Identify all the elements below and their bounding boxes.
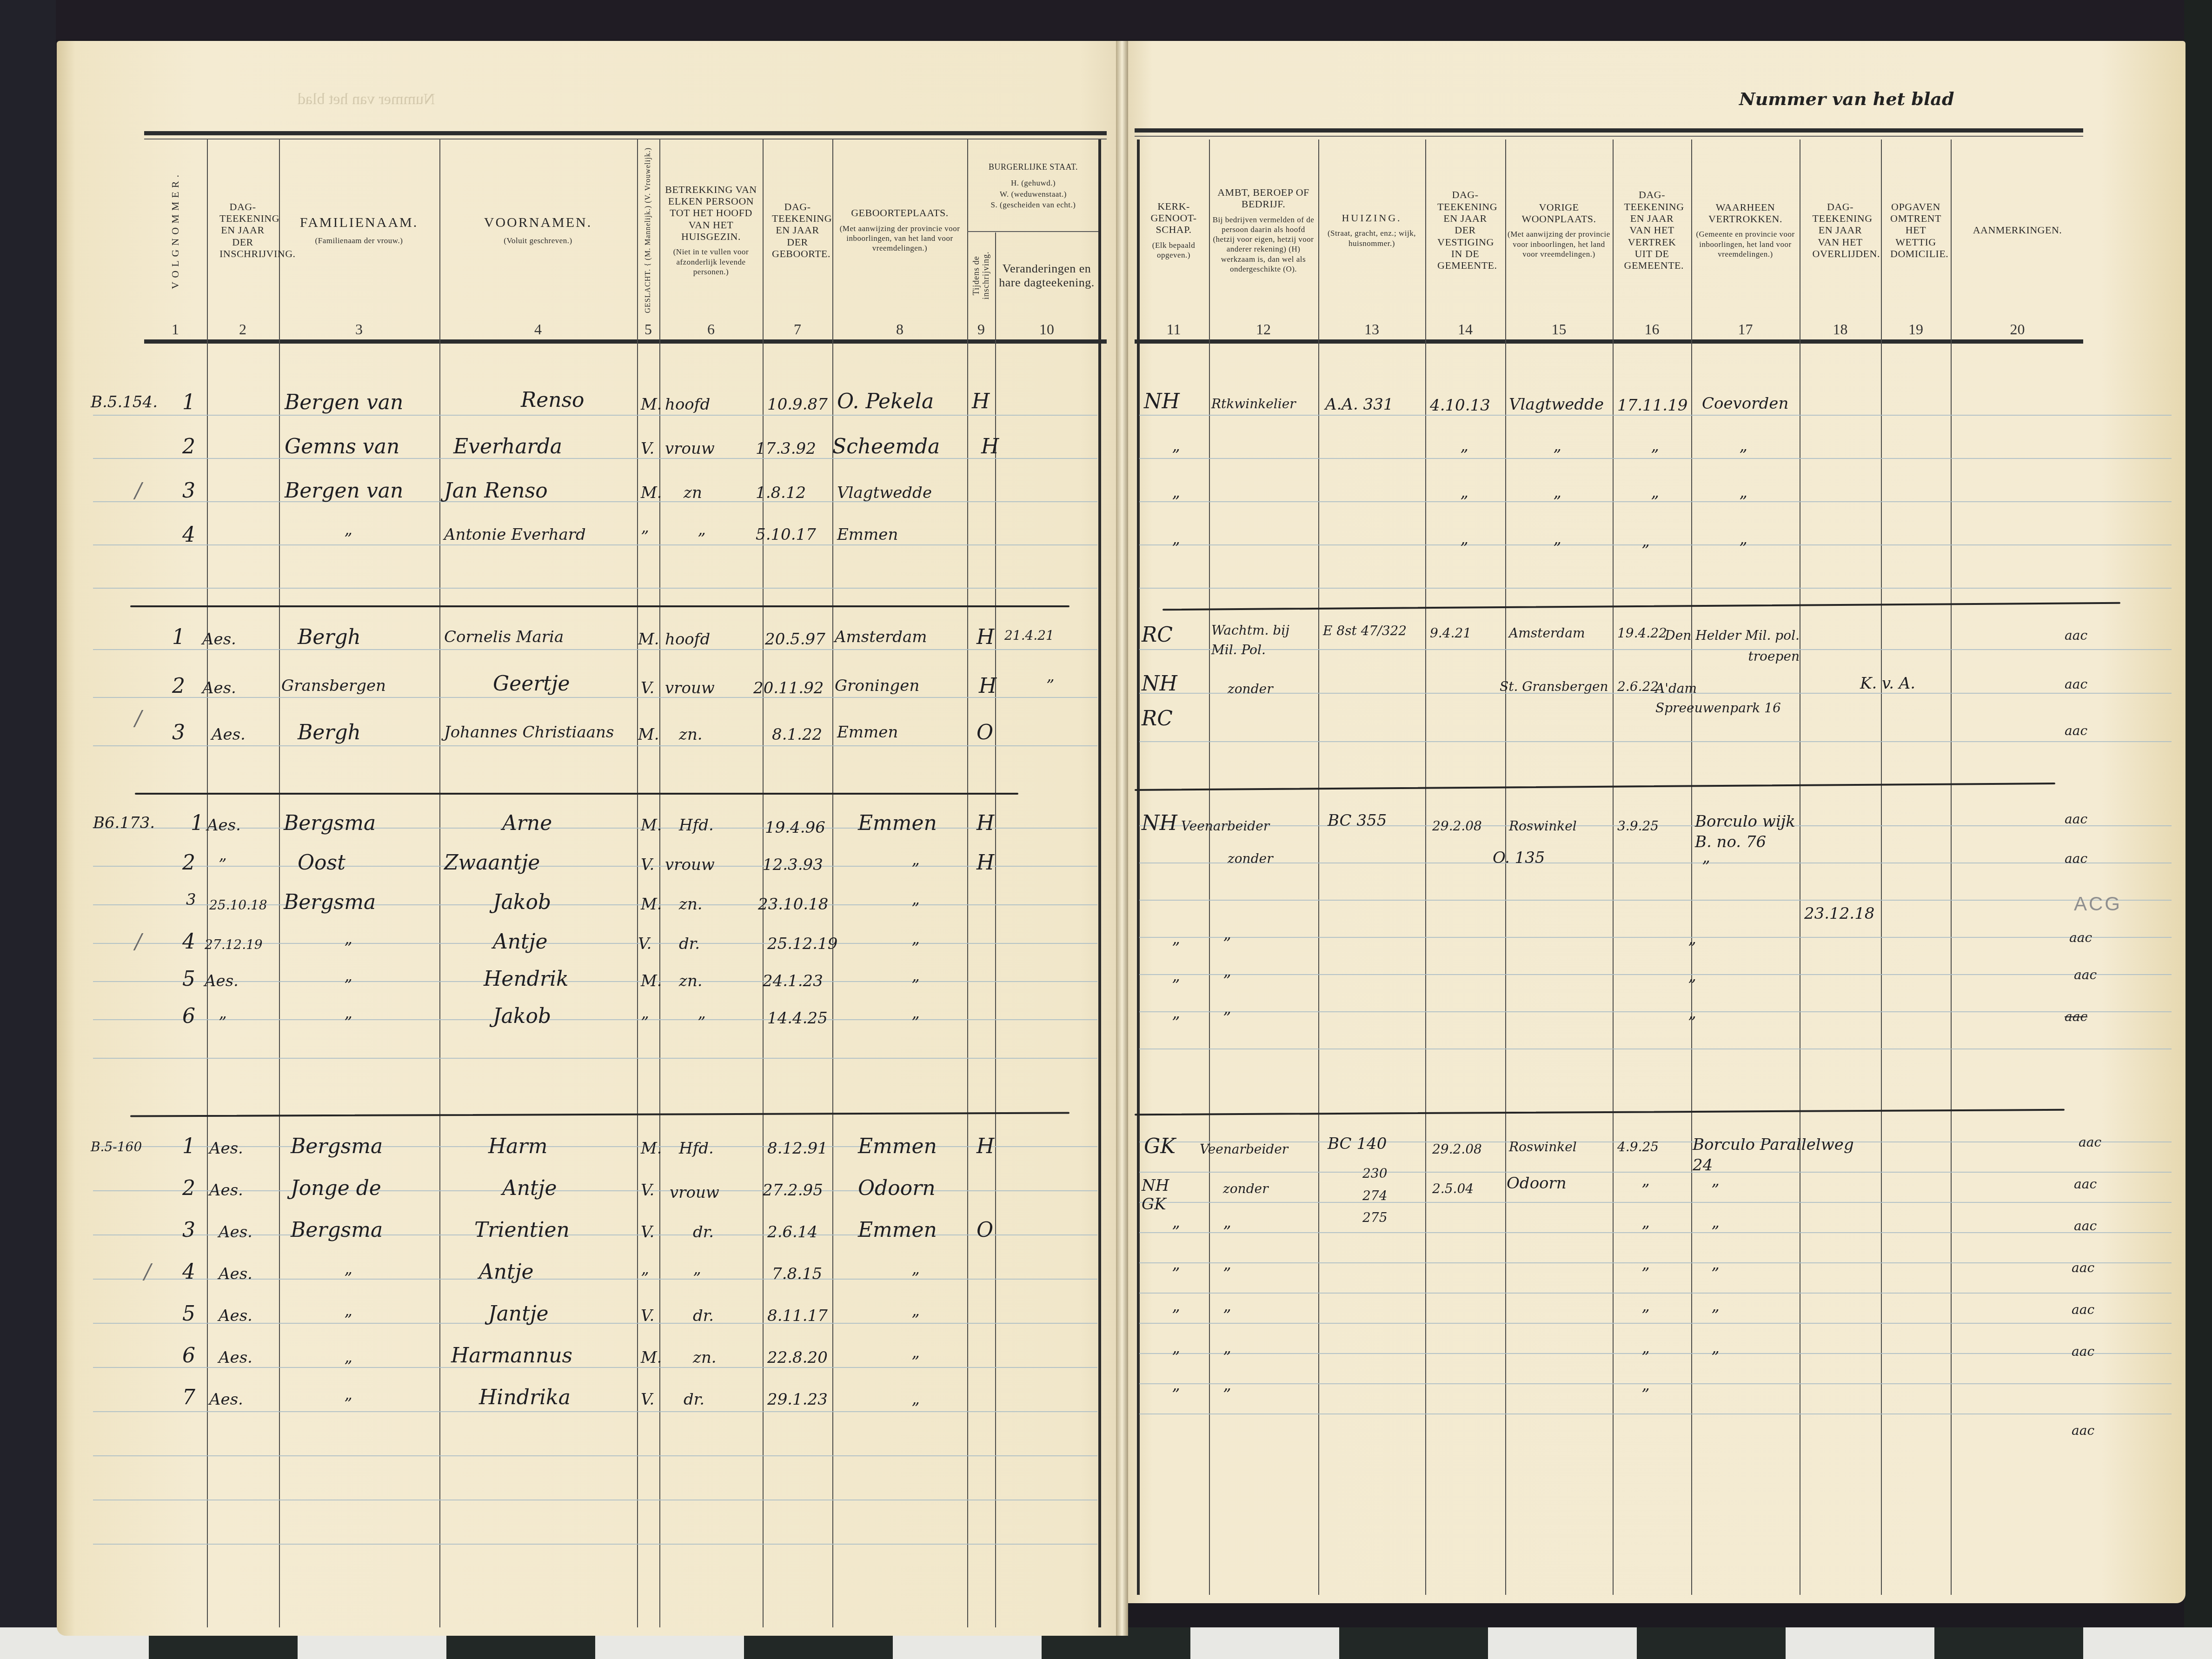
header-label: DAG- TEEKENING EN JAAR DER INSCHRIJVING. <box>219 201 266 259</box>
column-number: 3 <box>280 321 438 338</box>
header-note: (Niet in te vullen voor afzonderlijk lev… <box>660 247 762 277</box>
destination: ” <box>1711 1307 1719 1325</box>
occupation: Wachtm. bij Mil. Pol. <box>1211 621 1316 660</box>
row-number: 7 <box>182 1386 195 1409</box>
check-mark: / <box>144 1260 151 1284</box>
given-names: Harm <box>488 1135 547 1158</box>
sex: V. <box>641 1223 654 1241</box>
departure-date: ” <box>1641 1307 1649 1325</box>
given-names: Renso <box>521 388 585 412</box>
header-label: DAG- TEEKENING EN JAAR VAN HET VERTREK U… <box>1624 189 1680 271</box>
birth-place: Odoorn <box>858 1176 936 1200</box>
previous-residence: ” <box>1553 493 1561 511</box>
given-names: Zwaantje <box>444 851 540 875</box>
church: GK <box>1144 1135 1176 1158</box>
civil-status-divider <box>967 231 1098 232</box>
header-note: (Familienaam der vrouw.) <box>315 236 403 246</box>
birth-place: ” <box>911 860 919 879</box>
surname: Bergsma <box>284 811 376 835</box>
house: E 8st 47/322 <box>1323 623 1423 638</box>
settled-date: ” <box>1460 446 1468 465</box>
birth-place: Scheemda <box>832 435 940 458</box>
relation: vrouw <box>665 439 715 458</box>
header-col-18: DAG- TEEKENING EN JAAR VAN HET OVERLIJDE… <box>1800 142 1880 319</box>
birth-date: 10.9.87 <box>767 395 828 414</box>
column-divider <box>763 139 764 1627</box>
row-number: 3 <box>182 1218 195 1242</box>
book-cover-top <box>0 0 2212 40</box>
birth-date: 5.10.17 <box>756 525 816 544</box>
sex: ” <box>641 528 649 546</box>
sex: M. <box>641 972 662 990</box>
previous-residence: ” <box>1553 539 1561 558</box>
registration-date: Aes. <box>219 1307 252 1325</box>
domicile-note: K. v. A. <box>1860 674 1915 693</box>
surname: Bergh <box>298 625 361 649</box>
surname: Bergen van <box>285 391 403 414</box>
header-col-20: AANMERKINGEN. <box>1952 142 2083 319</box>
surname: Bergh <box>298 721 361 744</box>
column-number: 10 <box>996 321 1097 338</box>
church: ” <box>1172 976 1180 995</box>
header-label: VOORNAMEN. <box>484 215 592 231</box>
sex: V. <box>638 935 651 953</box>
house: A.A. 331 <box>1325 395 1393 414</box>
sex: M. <box>641 895 662 914</box>
remark: aac <box>2065 851 2087 866</box>
birth-place: Emmen <box>837 525 898 544</box>
header-col-15: VORIGE WOONPLAATS. (Met aanwijzing der p… <box>1506 142 1612 319</box>
surname: ” <box>344 939 352 958</box>
church: ” <box>1172 1265 1180 1283</box>
settled-date: ” <box>1460 539 1468 558</box>
birth-place: ” <box>911 1014 919 1032</box>
destination: ” <box>1688 939 1696 958</box>
destination: Coevorden <box>1702 394 1788 413</box>
church: NH <box>1142 672 1177 696</box>
surname: ” <box>344 976 352 995</box>
column-number: 13 <box>1319 321 1424 338</box>
departure-date: ” <box>1641 1223 1649 1241</box>
house: BC 355 <box>1328 811 1425 830</box>
birth-date: 29.1.23 <box>767 1390 828 1409</box>
occupation: ” <box>1223 1223 1231 1241</box>
legend-h: H. (gehuwd.) <box>1011 178 1056 188</box>
given-names: Antonie Everhard <box>444 525 586 544</box>
header-col-6: BETREKKING VAN ELKEN PERSOON TOT HET HOO… <box>660 142 762 319</box>
registration-date: Aes. <box>212 725 246 744</box>
header-col-13: HUIZING. (Straat, gracht, enz.; wijk, hu… <box>1319 142 1424 319</box>
settled-date: 4.10.13 <box>1430 396 1490 415</box>
column-divider <box>832 139 833 1627</box>
registration-date: Aes. <box>205 972 239 990</box>
row-number: 3 <box>172 721 185 744</box>
birth-place: Vlagtwedde <box>837 484 932 502</box>
sex: M. <box>641 395 662 414</box>
relation: dr. <box>693 1223 714 1241</box>
header-label: VOLGNOMMER. <box>169 171 181 289</box>
previous-residence: Amsterdam <box>1509 625 1585 641</box>
relation: dr. <box>679 935 700 953</box>
registration-date: Aes. <box>207 816 241 835</box>
birth-place: ” <box>911 976 919 995</box>
birth-place: ” <box>911 1269 919 1288</box>
header-bottom-rule-right <box>1135 339 2083 344</box>
church: ” <box>1172 1386 1180 1404</box>
pencil-stamp: ACG <box>2074 893 2122 915</box>
departure-date: 3.9.25 <box>1617 818 1659 834</box>
given-names: Antje <box>493 930 547 954</box>
relation: zn. <box>679 972 703 990</box>
check-mark: / <box>135 930 142 954</box>
sex: V. <box>641 856 654 874</box>
column-divider <box>207 139 208 1627</box>
column-number: 9 <box>968 321 994 338</box>
header-label: BETREKKING VAN ELKEN PERSOON TOT HET HOO… <box>660 184 762 242</box>
previous-residence: St. Gransbergen <box>1500 679 1608 694</box>
remark: aac <box>2072 1260 2094 1275</box>
destination: ” <box>1711 1181 1719 1200</box>
birth-place: Groningen <box>835 677 919 695</box>
registration-date: ” <box>219 1014 226 1032</box>
row-number: 4 <box>182 930 195 954</box>
header-note: (Met aanwijzing der provincie voor inboo… <box>833 224 966 253</box>
header-col-10: Veranderingen en hare dagteekening. <box>996 232 1097 319</box>
church: ” <box>1172 939 1180 958</box>
relation: zn. <box>693 1348 717 1367</box>
column-number: 6 <box>660 321 762 338</box>
row-number: 2 <box>172 674 185 698</box>
header-col-11: KERK- GENOOT- SCHAP. (Elk bepaald opgeve… <box>1139 142 1208 319</box>
header-col-1: VOLGNOMMER. <box>145 142 206 319</box>
previous-residence: Roswinkel <box>1509 818 1577 834</box>
given-names: Antje <box>479 1260 533 1284</box>
header-top-rule-left <box>144 131 1107 135</box>
check-mark: / <box>135 707 142 730</box>
header-note: (Gemeente en provincie voor inboorlingen… <box>1692 229 1799 259</box>
given-names: Trientien <box>474 1218 570 1242</box>
surname: Bergsma <box>291 1218 383 1242</box>
church: ” <box>1172 539 1180 558</box>
page-right-border <box>1098 139 1101 1627</box>
column-number: 11 <box>1139 321 1208 338</box>
header-col-2: DAG- TEEKENING EN JAAR DER INSCHRIJVING. <box>208 142 278 319</box>
column-divider <box>637 139 638 1627</box>
birth-date: 22.8.20 <box>767 1348 828 1367</box>
settled-date: ” <box>1460 493 1468 511</box>
sex: V. <box>641 679 654 697</box>
given-names: Jan Renso <box>444 479 548 503</box>
sheet-number-label: Nummer van het blad <box>1739 88 1954 109</box>
relation: zn. <box>679 725 703 744</box>
column-divider <box>1691 139 1692 1595</box>
header-note: (Elk bepaald opgeven.) <box>1139 240 1208 260</box>
birth-date: 7.8.15 <box>772 1265 822 1283</box>
column-divider <box>439 139 440 1627</box>
surname: Bergsma <box>291 1135 383 1158</box>
header-col-3: FAMILIENAAM. (Familienaam der vrouw.) <box>280 142 438 319</box>
settled-date: 9.4.21 <box>1430 625 1471 641</box>
surname: Gemns van <box>285 435 399 458</box>
column-divider <box>1425 139 1426 1595</box>
sex: M. <box>641 484 662 502</box>
occupation: ” <box>1223 1009 1231 1028</box>
relation: Hfd. <box>679 816 714 835</box>
civil-status: H <box>976 811 994 835</box>
house: BC 140 <box>1328 1135 1387 1153</box>
birth-date: 17.3.92 <box>756 439 816 458</box>
destination: ” <box>1711 1265 1719 1283</box>
header-label: BURGERLIJKE STAAT. <box>989 162 1078 172</box>
relation: dr. <box>693 1307 714 1325</box>
remark: aac <box>2074 1218 2097 1234</box>
given-names: Johannes Christiaans <box>444 723 635 742</box>
civil-status: H <box>976 851 994 875</box>
church: RC <box>1142 623 1173 647</box>
header-label: OPGAVEN OMTRENT HET WETTIG DOMICILIE. <box>1890 201 1941 259</box>
destination: Borculo wijk B. no. 76 <box>1695 811 1807 852</box>
header-note: Bij bedrijven vermelden of de persoon da… <box>1210 215 1317 274</box>
departure-date: 4.9.25 <box>1617 1139 1659 1155</box>
header-col-5: GESLACHT. { (M. Mannelijk.) (V. Vrouweli… <box>638 142 658 319</box>
column-divider <box>1800 139 1800 1595</box>
column-divider <box>967 139 968 1627</box>
church: ” <box>1172 446 1180 465</box>
sex: V. <box>641 1390 654 1409</box>
remark: aac <box>2074 1176 2097 1192</box>
column-divider <box>1209 139 1210 1595</box>
header-label: KERK- GENOOT- SCHAP. <box>1150 200 1197 236</box>
registration-date: Aes. <box>219 1348 252 1367</box>
status-change-date: 21.4.21 <box>1004 628 1054 643</box>
header-label: Veranderingen en hare dagteekening. <box>996 262 1097 290</box>
column-number: 17 <box>1692 321 1799 338</box>
household-ref: B.5-160 <box>91 1139 142 1155</box>
birth-date: 25.12.19 <box>767 935 837 953</box>
given-names: Hindrika <box>479 1386 571 1409</box>
settled-date: 2.5.04 <box>1432 1181 1474 1196</box>
relation: Hfd. <box>679 1139 714 1158</box>
header-col-9: Tijdens de inschrijving. <box>968 232 994 319</box>
header-col-16: DAG- TEEKENING EN JAAR VAN HET VERTREK U… <box>1614 142 1690 319</box>
household-ref: B6.173. <box>93 814 155 832</box>
settled-date: 29.2.08 <box>1432 818 1482 834</box>
surname: Bergsma <box>284 890 376 914</box>
surname: ” <box>344 1014 352 1032</box>
occupation: zonder <box>1223 1181 1269 1196</box>
remark: aac <box>2065 677 2087 692</box>
birth-place: O. Pekela <box>837 390 934 413</box>
sex: M. <box>641 816 662 835</box>
legend-s: S. (gescheiden van echt.) <box>991 200 1076 210</box>
row-number: 5 <box>182 1302 195 1326</box>
departure-date: 2.6.22 <box>1617 679 1659 694</box>
header-col-19: OPGAVEN OMTRENT HET WETTIG DOMICILIE. <box>1882 142 1950 319</box>
civil-status: H <box>976 1135 994 1158</box>
civil-status: H <box>981 435 999 458</box>
sex: ” <box>641 1014 649 1032</box>
birth-date: 12.3.93 <box>763 856 823 874</box>
house: 230 274 275 <box>1362 1162 1400 1229</box>
sex: M. <box>641 1348 662 1367</box>
given-names: Arne <box>502 811 552 835</box>
departure-date: 17.11.19 <box>1617 396 1687 415</box>
previous-residence: O. 135 <box>1493 849 1545 867</box>
row-number: 4 <box>182 1260 195 1284</box>
column-divider <box>659 139 660 1627</box>
header-note: (Voluit geschreven.) <box>504 236 572 246</box>
row-number: 1 <box>191 811 204 835</box>
header-label: FAMILIENAAM. <box>300 215 418 231</box>
occupation: Veenarbeider <box>1181 818 1269 834</box>
birth-place: ” <box>911 1311 919 1330</box>
relation: ” <box>697 1014 705 1032</box>
remark: aac <box>2072 1423 2094 1438</box>
book-gutter <box>1116 41 1128 1636</box>
relation: ” <box>697 530 705 549</box>
departure-date: ” <box>1641 1181 1649 1200</box>
header-label: AANMERKINGEN. <box>1973 224 2062 236</box>
occupation: ” <box>1223 1307 1231 1325</box>
check-mark: / <box>135 479 142 503</box>
header-col-7: DAG- TEEKENING EN JAAR DER GEBOORTE. <box>764 142 831 319</box>
surname: Oost <box>298 851 345 875</box>
registration-date: 25.10.18 <box>209 897 267 913</box>
destination: ” <box>1688 976 1696 995</box>
header-label: DAG- TEEKENING EN JAAR DER VESTIGING IN … <box>1437 189 1493 271</box>
destination: ” <box>1739 539 1747 558</box>
sex: V. <box>641 1307 654 1325</box>
given-names: Antje <box>502 1176 557 1200</box>
row-number: 2 <box>182 1176 195 1200</box>
remark: aac <box>2074 967 2097 982</box>
birth-date: 20.11.92 <box>753 679 824 697</box>
birth-date: 20.5.97 <box>765 630 825 649</box>
departure-date: ” <box>1641 1386 1649 1404</box>
registration-date: Aes. <box>202 630 236 649</box>
remark: aac <box>2072 1344 2094 1359</box>
destination: Borculo Parallelweg 24 <box>1693 1135 1860 1175</box>
given-names: Jakob <box>493 890 551 914</box>
sex: V. <box>641 1181 654 1200</box>
surname: ” <box>344 1269 352 1288</box>
column-divider <box>1318 139 1319 1595</box>
church: NH GK <box>1142 1176 1197 1214</box>
page-left-border <box>1137 139 1140 1595</box>
civil-status: H <box>972 390 990 413</box>
status-change-date: ” <box>1046 677 1054 695</box>
column-divider <box>1951 139 1952 1595</box>
surname: Bergen van <box>285 479 403 503</box>
sex: V. <box>641 439 654 458</box>
column-number: 5 <box>638 321 658 338</box>
remark-struck: aac <box>2065 1009 2087 1024</box>
household-separator <box>130 605 1069 607</box>
registration-date: Aes. <box>202 679 236 697</box>
registration-date: Aes. <box>209 1390 243 1409</box>
destination: ” <box>1688 1014 1696 1032</box>
birth-place: ” <box>911 1400 919 1418</box>
occupation: ” <box>1223 935 1231 953</box>
header-label: VORIGE WOONPLAATS. <box>1506 201 1612 225</box>
relation: vrouw <box>665 679 715 697</box>
column-number: 4 <box>440 321 636 338</box>
birth-place: ” <box>911 900 919 918</box>
header-label: GESLACHT. { (M. Mannelijk.) (V. Vrouweli… <box>644 147 652 313</box>
column-divider <box>279 139 280 1627</box>
occupation: ” <box>1223 1386 1231 1404</box>
occupation: ” <box>1223 972 1231 990</box>
registration-date: Aes. <box>219 1265 252 1283</box>
header-top-rule-right <box>1135 128 2083 133</box>
row-number: 1 <box>182 1135 195 1158</box>
departure-date: ” <box>1651 446 1659 465</box>
column-number: 2 <box>208 321 278 338</box>
row-number: 4 <box>182 523 195 547</box>
death-date: 23.12.18 <box>1804 904 1874 923</box>
header-label: Tijdens de inschrijving. <box>971 232 990 319</box>
header-label: DAG- TEEKENING EN JAAR VAN HET OVERLIJDE… <box>1813 201 1868 259</box>
church: ” <box>1172 493 1180 511</box>
household-separator <box>135 793 1018 795</box>
settled-date: 29.2.08 <box>1432 1141 1482 1157</box>
header-col-12: AMBT, BEROEP OF BEDRIJF. Bij bedrijven v… <box>1210 142 1317 319</box>
column-number: 7 <box>764 321 831 338</box>
previous-residence: Vlagtwedde <box>1509 395 1604 414</box>
relation: dr. <box>684 1390 704 1409</box>
birth-place: ” <box>911 1353 919 1372</box>
relation: ” <box>693 1269 701 1288</box>
header-top-rule-right-thin <box>1135 136 2083 137</box>
departure-date: ” <box>1641 1348 1649 1367</box>
given-names: Jakob <box>493 1004 551 1028</box>
header-bottom-rule-left <box>144 339 1107 344</box>
birth-place: ” <box>911 939 919 958</box>
church: ” <box>1172 1014 1180 1032</box>
civil-status: O <box>976 1218 993 1242</box>
civil-status: O <box>976 721 993 744</box>
sex: ” <box>641 1269 649 1288</box>
row-number: 1 <box>172 625 185 649</box>
given-names: Geertje <box>493 672 570 696</box>
header-col-17: WAARHEEN VERTROKKEN. (Gemeente en provin… <box>1692 142 1799 319</box>
header-label: GEBOORTEPLAATS. <box>851 207 949 219</box>
birth-date: 8.12.91 <box>767 1139 828 1158</box>
header-col-8: GEBOORTEPLAATS. (Met aanwijzing der prov… <box>833 142 966 319</box>
birth-place: Emmen <box>858 1218 937 1242</box>
column-divider <box>1613 139 1614 1595</box>
column-number: 16 <box>1614 321 1690 338</box>
row-number: 6 <box>182 1004 195 1028</box>
remark: aac <box>2079 1135 2101 1150</box>
birth-date: 24.1.23 <box>763 972 823 990</box>
birth-date: 1.8.12 <box>756 484 806 502</box>
header-label: AMBT, BEROEP OF BEDRIJF. <box>1210 186 1317 210</box>
column-number: 18 <box>1800 321 1880 338</box>
destination: ” <box>1702 858 1710 876</box>
occupation: Rtkwinkelier <box>1211 396 1296 411</box>
relation: zn <box>684 484 702 502</box>
column-number: 1 <box>145 321 206 338</box>
remark: aac <box>2069 930 2092 945</box>
row-number: 1 <box>182 391 195 414</box>
departure-date: ” <box>1641 1265 1649 1283</box>
civil-status: H <box>976 625 994 649</box>
surname: Gransbergen <box>281 677 386 695</box>
header-label: WAARHEEN VERTROKKEN. <box>1692 201 1799 225</box>
occupation: zonder <box>1228 851 1273 866</box>
header-col-4: VOORNAMEN. (Voluit geschreven.) <box>440 142 636 319</box>
